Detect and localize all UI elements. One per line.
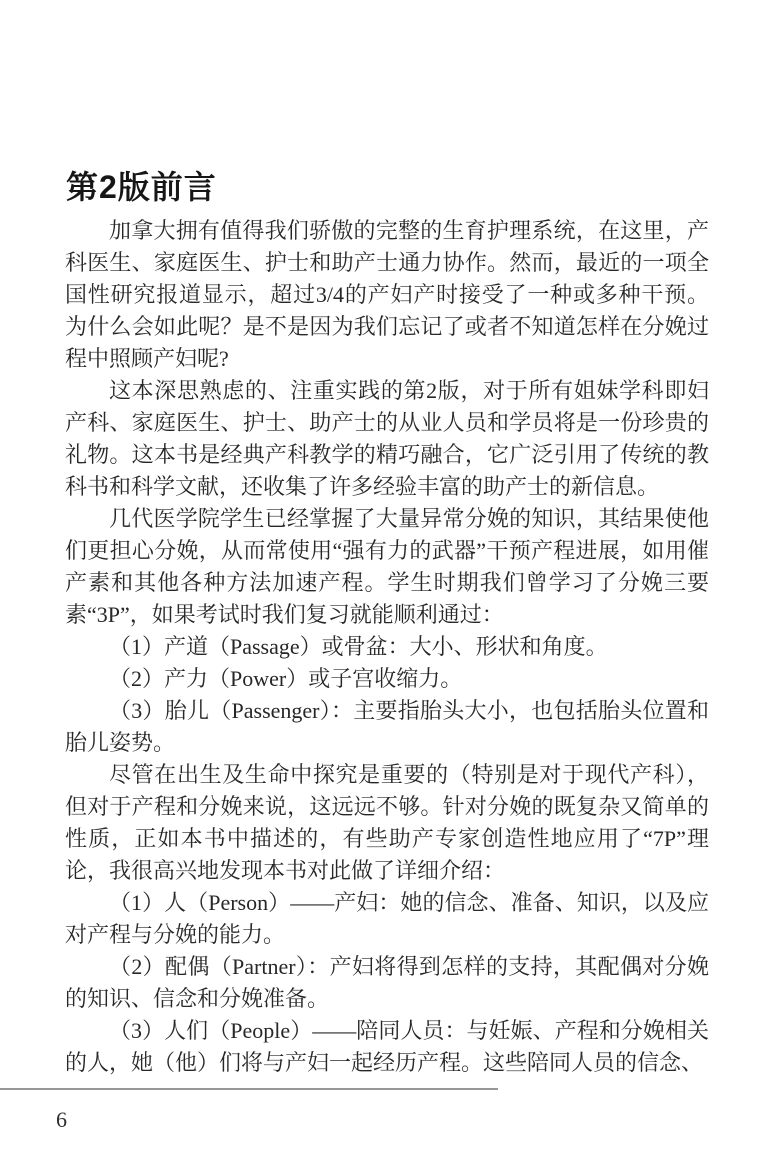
list-item-power: （2）产力（Power）或子宫收缩力。 [65, 663, 709, 695]
list-item-passage: （1）产道（Passage）或骨盆：大小、形状和角度。 [65, 631, 709, 663]
page-title: 第2版前言 [66, 170, 217, 205]
body-text: 加拿大拥有值得我们骄傲的完整的生育护理系统，在这里，产科医生、家庭医生、护士和助… [65, 215, 709, 1079]
list-item-people: （3）人们（People）——陪同人员：与妊娠、产程和分娩相关的人，她（他）们将… [65, 1015, 709, 1079]
paragraph: 这本深思熟虑的、注重实践的第2版，对于所有姐妹学科即妇产科、家庭医生、护士、助产… [65, 375, 709, 503]
paragraph: 加拿大拥有值得我们骄傲的完整的生育护理系统，在这里，产科医生、家庭医生、护士和助… [65, 215, 709, 375]
footer-rule [0, 1088, 498, 1090]
list-item-person: （1）人（Person）——产妇：她的信念、准备、知识，以及应对产程与分娩的能力… [65, 887, 709, 951]
book-page: 第2版前言 加拿大拥有值得我们骄傲的完整的生育护理系统，在这里，产科医生、家庭医… [0, 0, 773, 1166]
page-number: 6 [56, 1107, 67, 1133]
paragraph: 几代医学院学生已经掌握了大量异常分娩的知识，其结果使他们更担心分娩，从而常使用“… [65, 503, 709, 631]
list-item-partner: （2）配偶（Partner）：产妇将得到怎样的支持，其配偶对分娩的知识、信念和分… [65, 951, 709, 1015]
paragraph: 尽管在出生及生命中探究是重要的（特别是对于现代产科），但对于产程和分娩来说，这远… [65, 759, 709, 887]
list-item-passenger: （3）胎儿（Passenger）：主要指胎头大小，也包括胎头位置和胎儿姿势。 [65, 695, 709, 759]
